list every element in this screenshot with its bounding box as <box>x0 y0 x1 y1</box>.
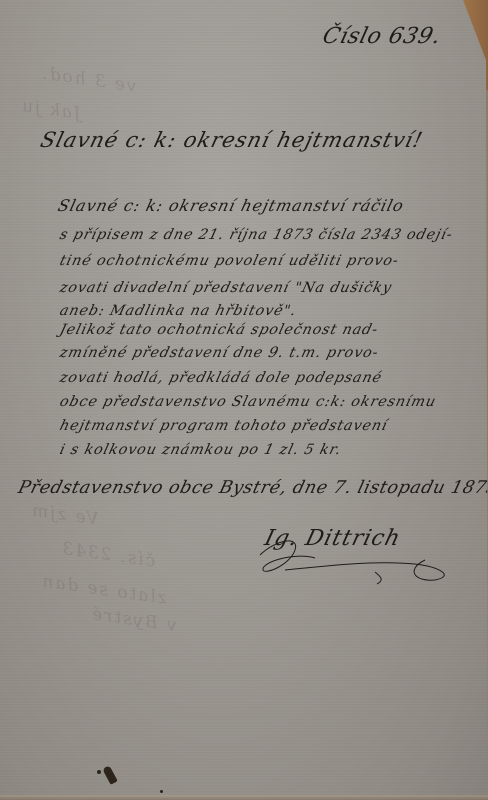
body-line: tiné ochotnickému povolení uděliti provo… <box>58 253 401 269</box>
body-line: aneb: Madlinka na hřbitově". <box>58 303 298 319</box>
body-line: s přípisem z dne 21. října 1873 čísla 23… <box>58 227 454 243</box>
document-photo: ve 3 hod. Jak ju Ve zjm čís. 2343 zlato … <box>0 0 488 800</box>
reference-number: Číslo 639. <box>320 24 444 49</box>
bleed-through-text: zlato se dan <box>39 571 168 609</box>
body-line: Jelikož tato ochotnická společnost nad- <box>58 322 380 338</box>
bleed-through-text: v Bystré <box>89 604 178 636</box>
body-line: obce představenstvo Slavnému c:k: okresn… <box>58 394 438 410</box>
body-line: hejtmanství program tohoto představení <box>58 418 389 434</box>
salutation: Slavné c: k: okresní hejtmanství! <box>38 128 426 152</box>
ink-dot <box>160 790 163 793</box>
bleed-through-text: ve 3 hod. <box>39 63 138 96</box>
body-line: Slavné c: k: okresní hejtmanství ráčilo <box>56 196 406 215</box>
bleed-through-text: Ve zjm <box>29 500 100 529</box>
signature: Ig. Dittrich <box>262 526 403 551</box>
ink-dot <box>97 770 101 774</box>
ink-blot <box>102 765 118 785</box>
paper-sheet: ve 3 hod. Jak ju Ve zjm čís. 2343 zlato … <box>0 0 488 800</box>
bleed-through-text: Jak ju <box>19 96 82 124</box>
body-line: zovati hodlá, předkládá dole podepsané <box>58 370 384 386</box>
bleed-through-text: čís. 2343 <box>59 538 157 571</box>
body-line: zovati divadelní představení "Na dušičky <box>58 280 394 296</box>
body-line: i s kolkovou známkou po 1 zl. 5 kr. <box>58 442 343 458</box>
place-and-date: Představenstvo obce Bystré, dne 7. listo… <box>16 478 488 498</box>
body-line: zmíněné představení dne 9. t.m. provo- <box>58 345 380 361</box>
paper-bottom-edge <box>0 795 488 800</box>
